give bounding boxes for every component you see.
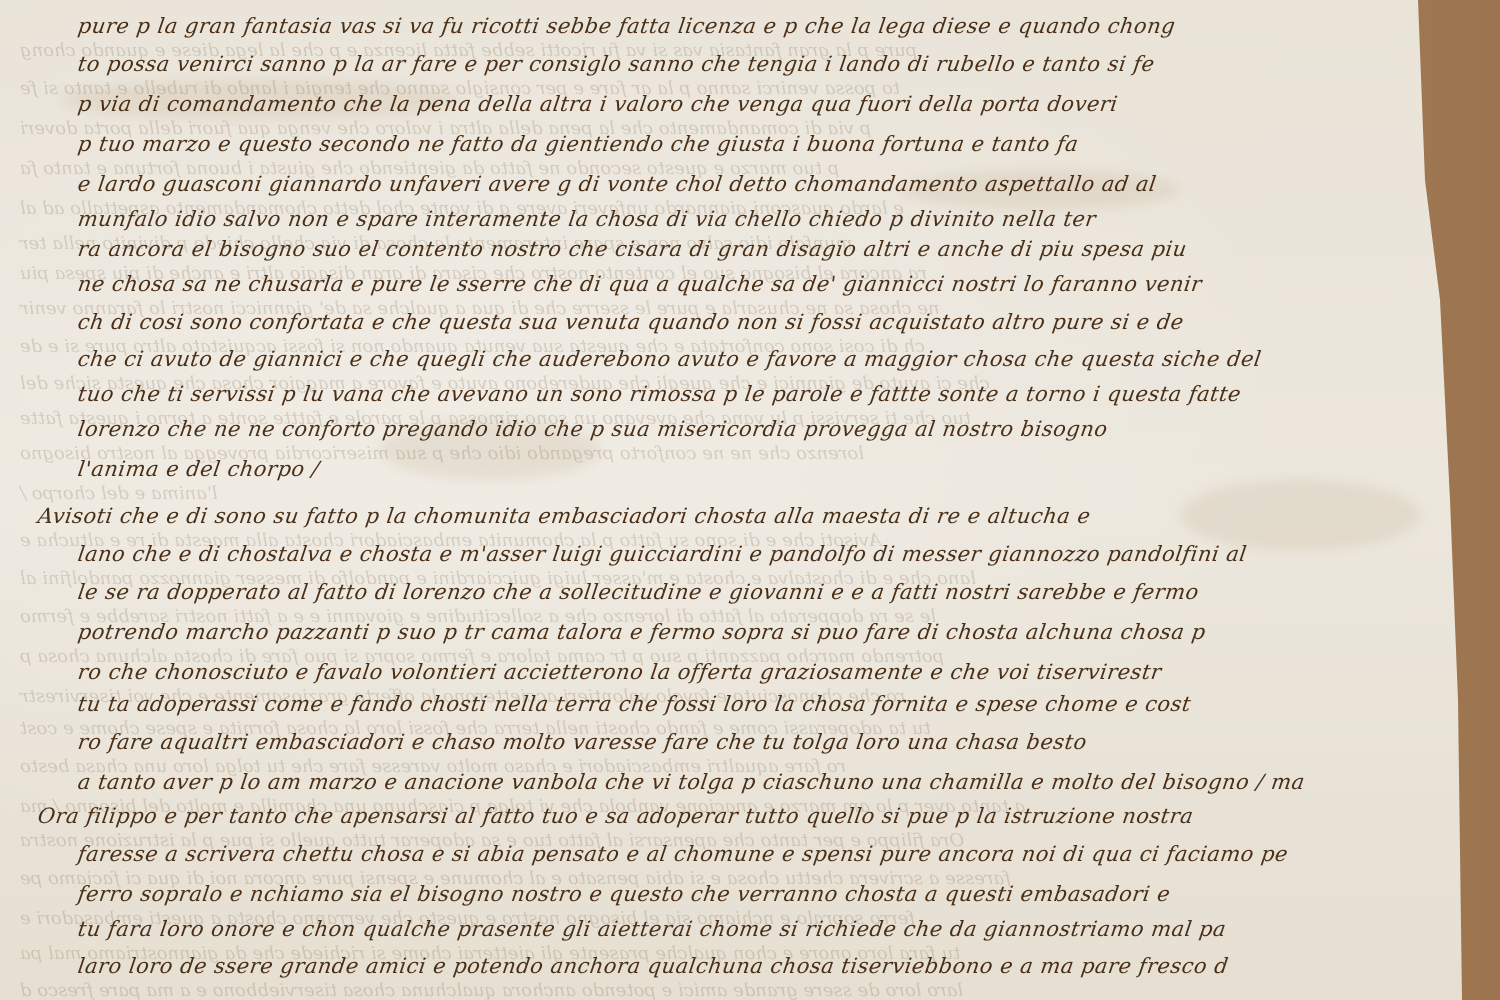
- manuscript-line: tu ta adoperassi come e fando chosti nel…: [76, 692, 1192, 716]
- manuscript-line: pure p la gran fantasia vas si va fu ric…: [76, 14, 1177, 38]
- manuscript-line: p tuo marzo e questo secondo ne fatto da…: [76, 132, 1080, 156]
- manuscript-line: potrendo marcho pazzanti p suo p tr cama…: [76, 620, 1207, 644]
- bleed-through-text: l'anima e del chorpo /: [20, 483, 218, 504]
- manuscript-line: che ci avuto de giannici e che quegli ch…: [76, 347, 1263, 371]
- manuscript-line: Avisoti che e di sono su fatto p la chom…: [36, 504, 1092, 528]
- manuscript-line: laro loro de ssere grande amici e potend…: [76, 954, 1230, 978]
- manuscript-line: ne chosa sa ne chusarla e pure le sserre…: [76, 272, 1203, 296]
- manuscript-page: pure p la gran fantasia vas si va fu ric…: [0, 0, 1500, 1000]
- manuscript-line: ra ancora el bisogno suo el contento nos…: [76, 237, 1188, 261]
- manuscript-line: l'anima e del chorpo /: [76, 457, 321, 481]
- manuscript-line: tu fara loro onore e chon qualche prasen…: [76, 917, 1228, 941]
- manuscript-line: ro che chonosciuto e favalo volontieri a…: [76, 660, 1163, 684]
- manuscript-line: munfalo idio salvo non e spare interamen…: [76, 207, 1097, 231]
- manuscript-line: ro fare aqualtri embasciadori e chaso mo…: [76, 730, 1088, 754]
- manuscript-line: lorenzo che ne ne conforto pregando idio…: [76, 417, 1109, 441]
- manuscript-line: to possa venirci sanno p la ar fare e pe…: [76, 52, 1156, 76]
- manuscript-line: ch di cosi sono confortata e che questa …: [76, 310, 1185, 334]
- ink-stain: [1180, 480, 1420, 550]
- manuscript-line: faresse a scrivera chettu chosa e si abi…: [76, 842, 1289, 866]
- manuscript-line: ferro sopralo e nchiamo sia el bisogno n…: [76, 882, 1172, 906]
- manuscript-line: e lardo guasconi giannardo unfaveri aver…: [76, 172, 1158, 196]
- manuscript-line: a tanto aver p lo am marzo e anacione va…: [76, 770, 1306, 794]
- manuscript-line: tuo che ti servissi p lu vana che avevan…: [76, 382, 1242, 406]
- manuscript-line: Ora filippo e per tanto che apensarsi al…: [36, 804, 1195, 828]
- manuscript-line: le se ra dopperato al fatto di lorenzo c…: [76, 580, 1200, 604]
- manuscript-line: p via di comandamento che la pena della …: [76, 92, 1119, 116]
- manuscript-line: lano che e di chostalva e chosta e m'ass…: [76, 542, 1248, 566]
- bleed-through-text: laro loro de ssere grande amici e potend…: [20, 980, 963, 1000]
